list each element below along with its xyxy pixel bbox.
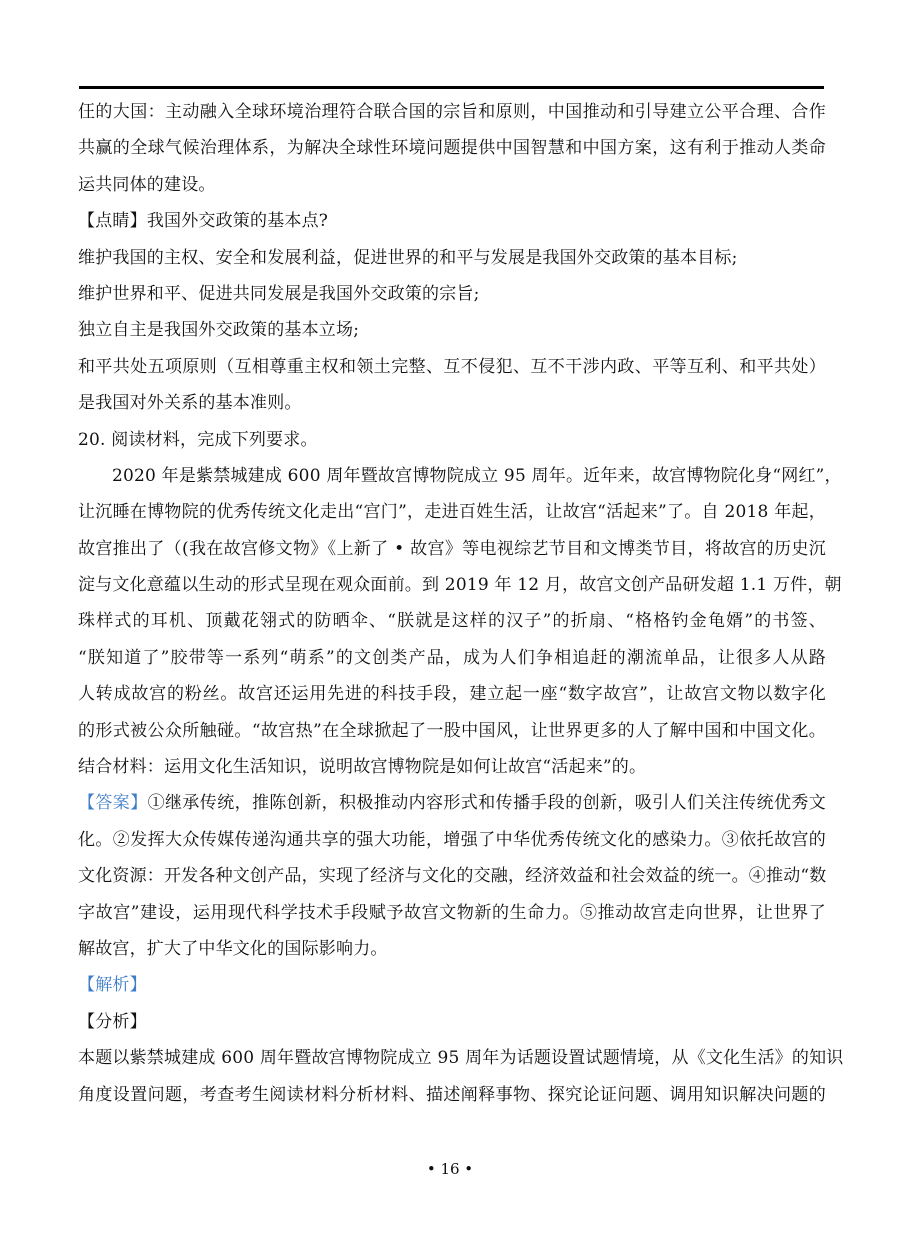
dianjing-line: 和平共处五项原则（互相尊重主权和领土完整、互不侵犯、互不干涉内政、平等互利、和平… [78, 349, 826, 385]
paragraph-line: 运共同体的建设。 [78, 167, 826, 203]
answer-line: 【答案】①继承传统，推陈创新，积极推动内容形式和传播手段的创新，吸引人们关注传统… [78, 785, 826, 821]
material-line: 的形式被公众所触碰。“故宫热”在全球掀起了一股中国风，让世界更多的人了解中国和中… [78, 713, 826, 749]
paragraph-line: 仼的大国：主动融入全球环境治理符合联合国的宗旨和原则，中国推动和引导建立公平合理… [78, 94, 826, 130]
answer-line: 字故宫”建设，运用现代科学技术手段赋予故宫文物新的生命力。⑤推动故宫走向世界，让… [78, 895, 826, 931]
dianjing-line: 是我国对外关系的基本准则。 [78, 385, 826, 421]
fenxi-line: 本题以紫禁城建成 600 周年暨故宫博物院成立 95 周年为话题设置试题情境，从… [78, 1040, 826, 1076]
paragraph-line: 共赢的全球气候治理体系，为解决全球性环境问题提供中国智慧和中国方案，这有利于推动… [78, 130, 826, 166]
material-line: 淀与文化意蕴以生动的形式呈现在观众面前。到 2019 年 12 月，故宫文创产品… [78, 567, 826, 603]
material-line: 故宫推出了（(我在故宫修文物》《上新了 • 故宫》等电视综艺节目和文博类节目，将… [78, 531, 826, 567]
fenxi-label: 【分析】 [78, 1004, 826, 1040]
answer-line: 化。②发挥大众传媒传递沟通共享的强大功能，增强了中华优秀传统文化的感染力。③依托… [78, 822, 826, 858]
analysis-label: 【解析】 [78, 967, 826, 1003]
fenxi-line: 角度设置问题，考查考生阅读材料分析材料、描述阐释事物、探究论证问题、调用知识解决… [78, 1077, 826, 1113]
page-content: 仼的大国：主动融入全球环境治理符合联合国的宗旨和原则，中国推动和引导建立公平合理… [78, 94, 826, 1113]
answer-line: 文化资源：开发各种文创产品，实现了经济与文化的交融，经济效益和社会效益的统一。④… [78, 858, 826, 894]
material-line: 人转成故宫的粉丝。故宫还运用先进的科技手段，建立起一座“数字故宫”，让故宫文物以… [78, 676, 826, 712]
dianjing-label: 【点睛】 [78, 211, 147, 231]
dianjing-title: 我国外交政策的基本点? [147, 211, 328, 231]
dianjing-line: 独立自主是我国外交政策的基本立场; [78, 312, 826, 348]
answer-label: 【答案】 [78, 793, 148, 813]
dianjing-line: 维护我国的主权、安全和发展利益，促进世界的和平与发展是我国外交政策的基本目标; [78, 240, 826, 276]
material-line: 珠样式的耳机、顶戴花翎式的防晒伞、“朕就是这样的汉子”的折扇、“格格钓金龟婿”的… [78, 603, 826, 639]
document-page: 仼的大国：主动融入全球环境治理符合联合国的宗旨和原则，中国推动和引导建立公平合理… [0, 0, 900, 1246]
question-number: 20. [78, 430, 106, 450]
material-line: 2020 年是紫禁城建成 600 周年暨故宫博物院成立 95 周年。近年来，故宫… [78, 458, 826, 494]
question-prompt: 阅读材料，完成下列要求。 [111, 430, 317, 450]
material-line: 让沉睡在博物院的优秀传统文化走出“宫门”，走进百姓生活，让故宫“活起来”了。自 … [78, 494, 826, 530]
answer-line: 解故宫，扩大了中华文化的国际影响力。 [78, 931, 826, 967]
header-rule [79, 86, 824, 89]
material-line: “朕知道了”胶带等一系列“萌系”的文创类产品，成为人们争相追赶的潮流单品，让很多… [78, 640, 826, 676]
question-heading: 20. 阅读材料，完成下列要求。 [78, 422, 826, 458]
page-number: • 16 • [0, 1160, 900, 1178]
dianjing-line: 维护世界和平、促进共同发展是我国外交政策的宗旨; [78, 276, 826, 312]
answer-text: ①继承传统，推陈创新，积极推动内容形式和传播手段的创新，吸引人们关注传统优秀文 [148, 793, 826, 813]
dianjing-heading: 【点睛】我国外交政策的基本点? [78, 203, 826, 239]
question-task: 结合材料：运用文化生活知识，说明故宫博物院是如何让故宫“活起来”的。 [78, 749, 826, 785]
